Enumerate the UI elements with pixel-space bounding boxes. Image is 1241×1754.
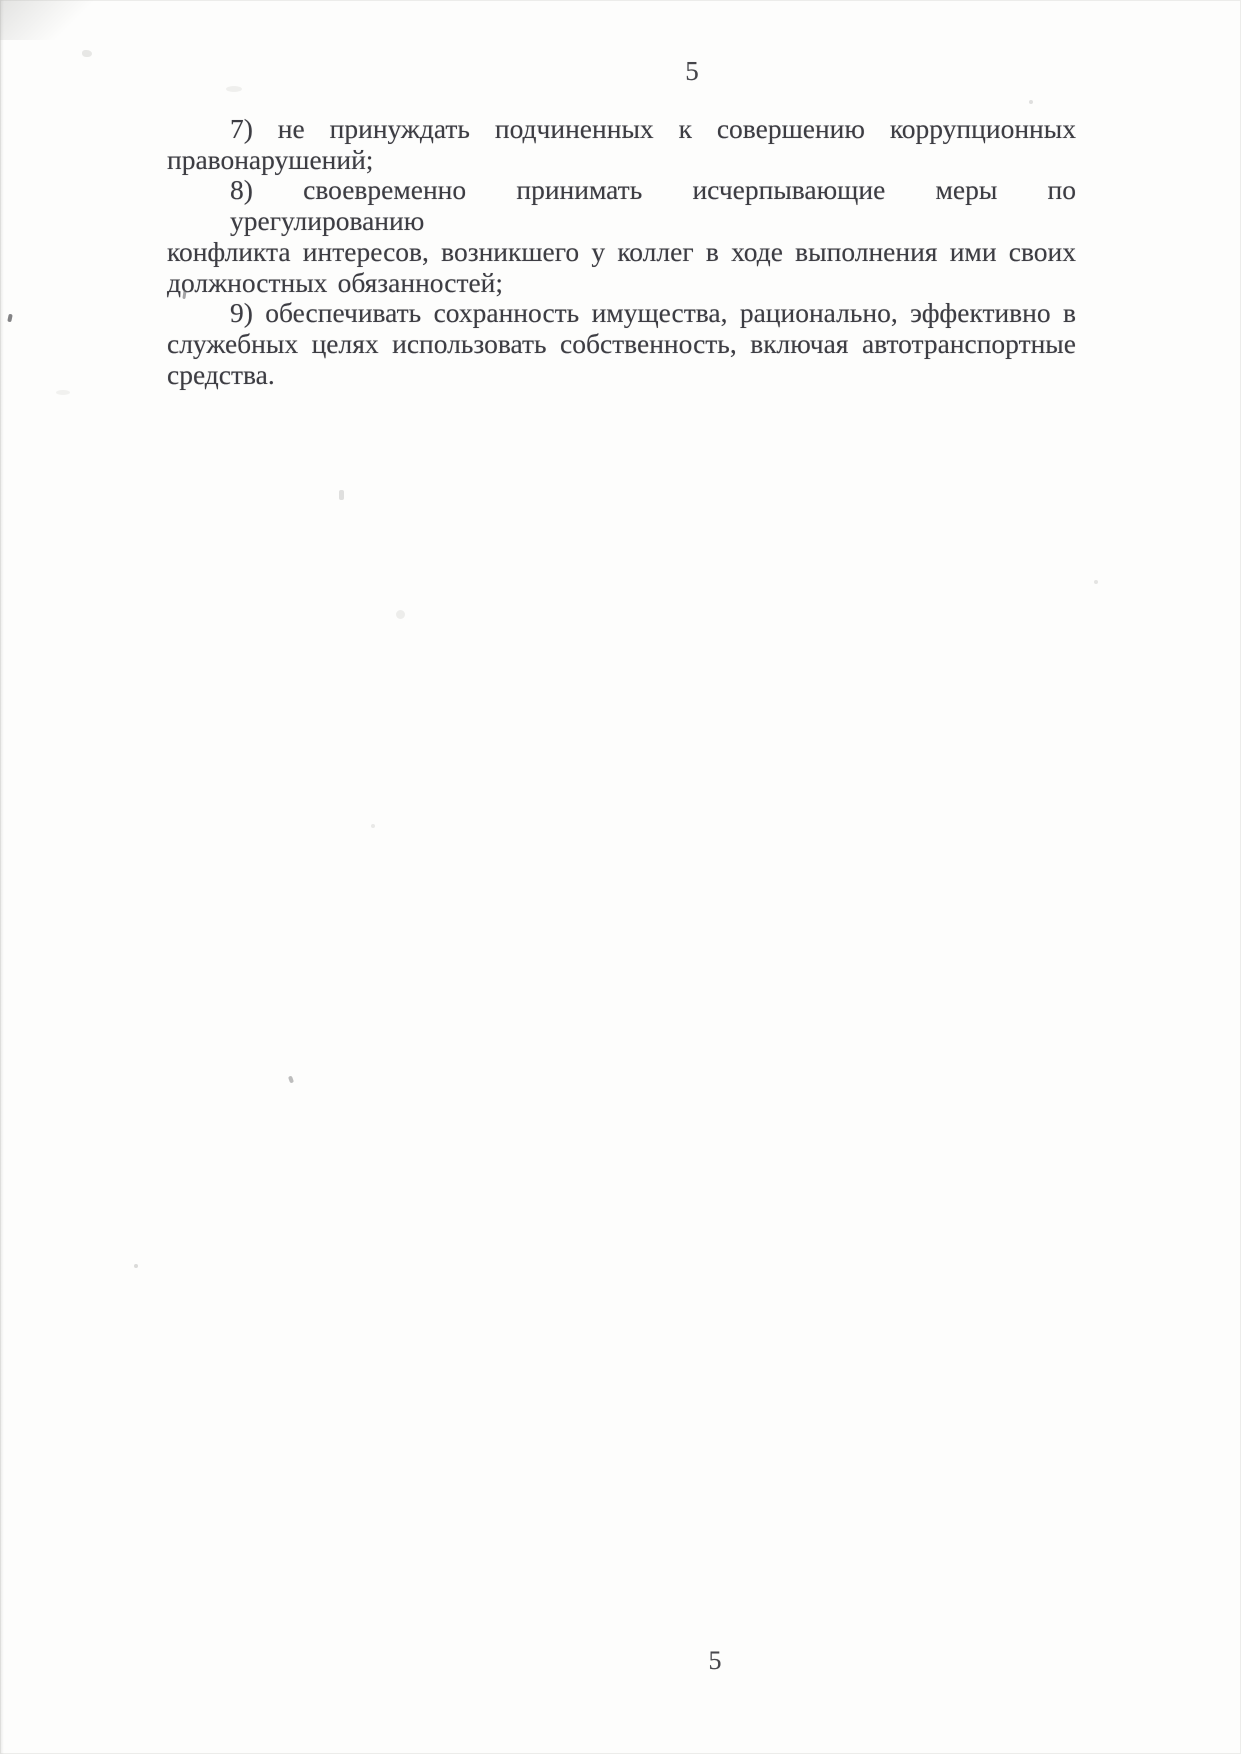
scan-speck: [56, 390, 70, 395]
doc-line: 8) своевременно принимать исчерпывающие …: [167, 175, 1076, 236]
scan-speck: [339, 490, 344, 500]
scan-speck: [288, 1076, 294, 1084]
paragraph-item-7: 7) не принуждать подчиненных к совершени…: [167, 114, 1076, 175]
doc-line: средства.: [167, 360, 1076, 391]
page-number-footer: 5: [685, 1646, 745, 1676]
scan-speck: [396, 610, 405, 619]
scan-edge-shadow: [0, 0, 120, 40]
scanned-document-page: 5 7) не принуждать подчиненных к соверше…: [0, 0, 1241, 1754]
doc-line: служебных целях использовать собственнос…: [167, 329, 1076, 360]
scan-speck: [1094, 580, 1098, 584]
paragraph-item-8: 8) своевременно принимать исчерпывающие …: [167, 175, 1076, 298]
document-text-block: 7) не принуждать подчиненных к совершени…: [167, 114, 1076, 390]
scan-speck: [7, 314, 13, 323]
scan-speck: [82, 50, 92, 57]
scan-edge-shadow-left: [0, 0, 4, 1754]
doc-line: 9) обеспечивать сохранность имущества, р…: [167, 298, 1076, 329]
doc-line: правонарушений;: [167, 145, 1076, 176]
scan-speck: [371, 824, 375, 828]
scan-speck: [226, 86, 242, 92]
doc-line: 7) не принуждать подчиненных к совершени…: [167, 114, 1076, 145]
doc-line: конфликта интересов, возникшего у коллег…: [167, 237, 1076, 268]
paragraph-item-9: 9) обеспечивать сохранность имущества, р…: [167, 298, 1076, 390]
page-number-header: 5: [662, 56, 722, 87]
scan-speck: [134, 1264, 138, 1268]
doc-line: должностных обязанностей;: [167, 268, 1076, 299]
scan-speck: [1029, 100, 1033, 104]
